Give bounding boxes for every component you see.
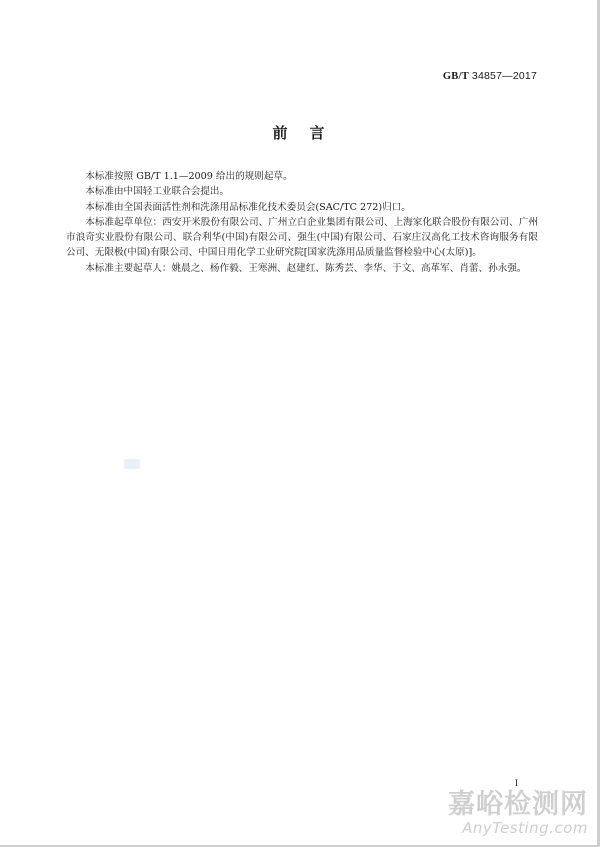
paragraph-drafters: 本标准主要起草人：姚晨之、杨作毅、王寒洲、赵建红、陈秀芸、李华、于文、高革军、肖…	[66, 261, 538, 276]
watermark-cn: 嘉峪检测网	[448, 791, 588, 819]
standard-number: GB/T 34857—2017	[443, 70, 537, 82]
page-title: 前言	[0, 122, 597, 143]
standard-code-number: 34857—2017	[469, 70, 537, 82]
watermark: 嘉峪检测网 AnyTesting.com	[448, 791, 588, 837]
foreword-body: 本标准按照 GB/T 1.1—2009 给出的规则起草。 本标准由中国轻工业联合…	[66, 169, 538, 276]
paragraph-committee: 本标准由全国表面活性剂和洗涤用品标准化技术委员会(SAC/TC 272)归口。	[66, 200, 538, 215]
paragraph-drafting-units: 本标准起草单位：西安开米股份有限公司、广州立白企业集团有限公司、上海家化联合股份…	[66, 215, 538, 261]
scan-artifact	[124, 459, 140, 469]
watermark-en: AnyTesting.com	[448, 819, 588, 837]
standard-code-prefix: GB/T	[443, 71, 469, 82]
page-number: I	[515, 778, 518, 788]
document-page: GB/T 34857—2017 前言 本标准按照 GB/T 1.1—2009 给…	[0, 0, 600, 847]
paragraph-drafting-rules: 本标准按照 GB/T 1.1—2009 给出的规则起草。	[66, 169, 538, 184]
paragraph-proposer: 本标准由中国轻工业联合会提出。	[66, 184, 538, 199]
